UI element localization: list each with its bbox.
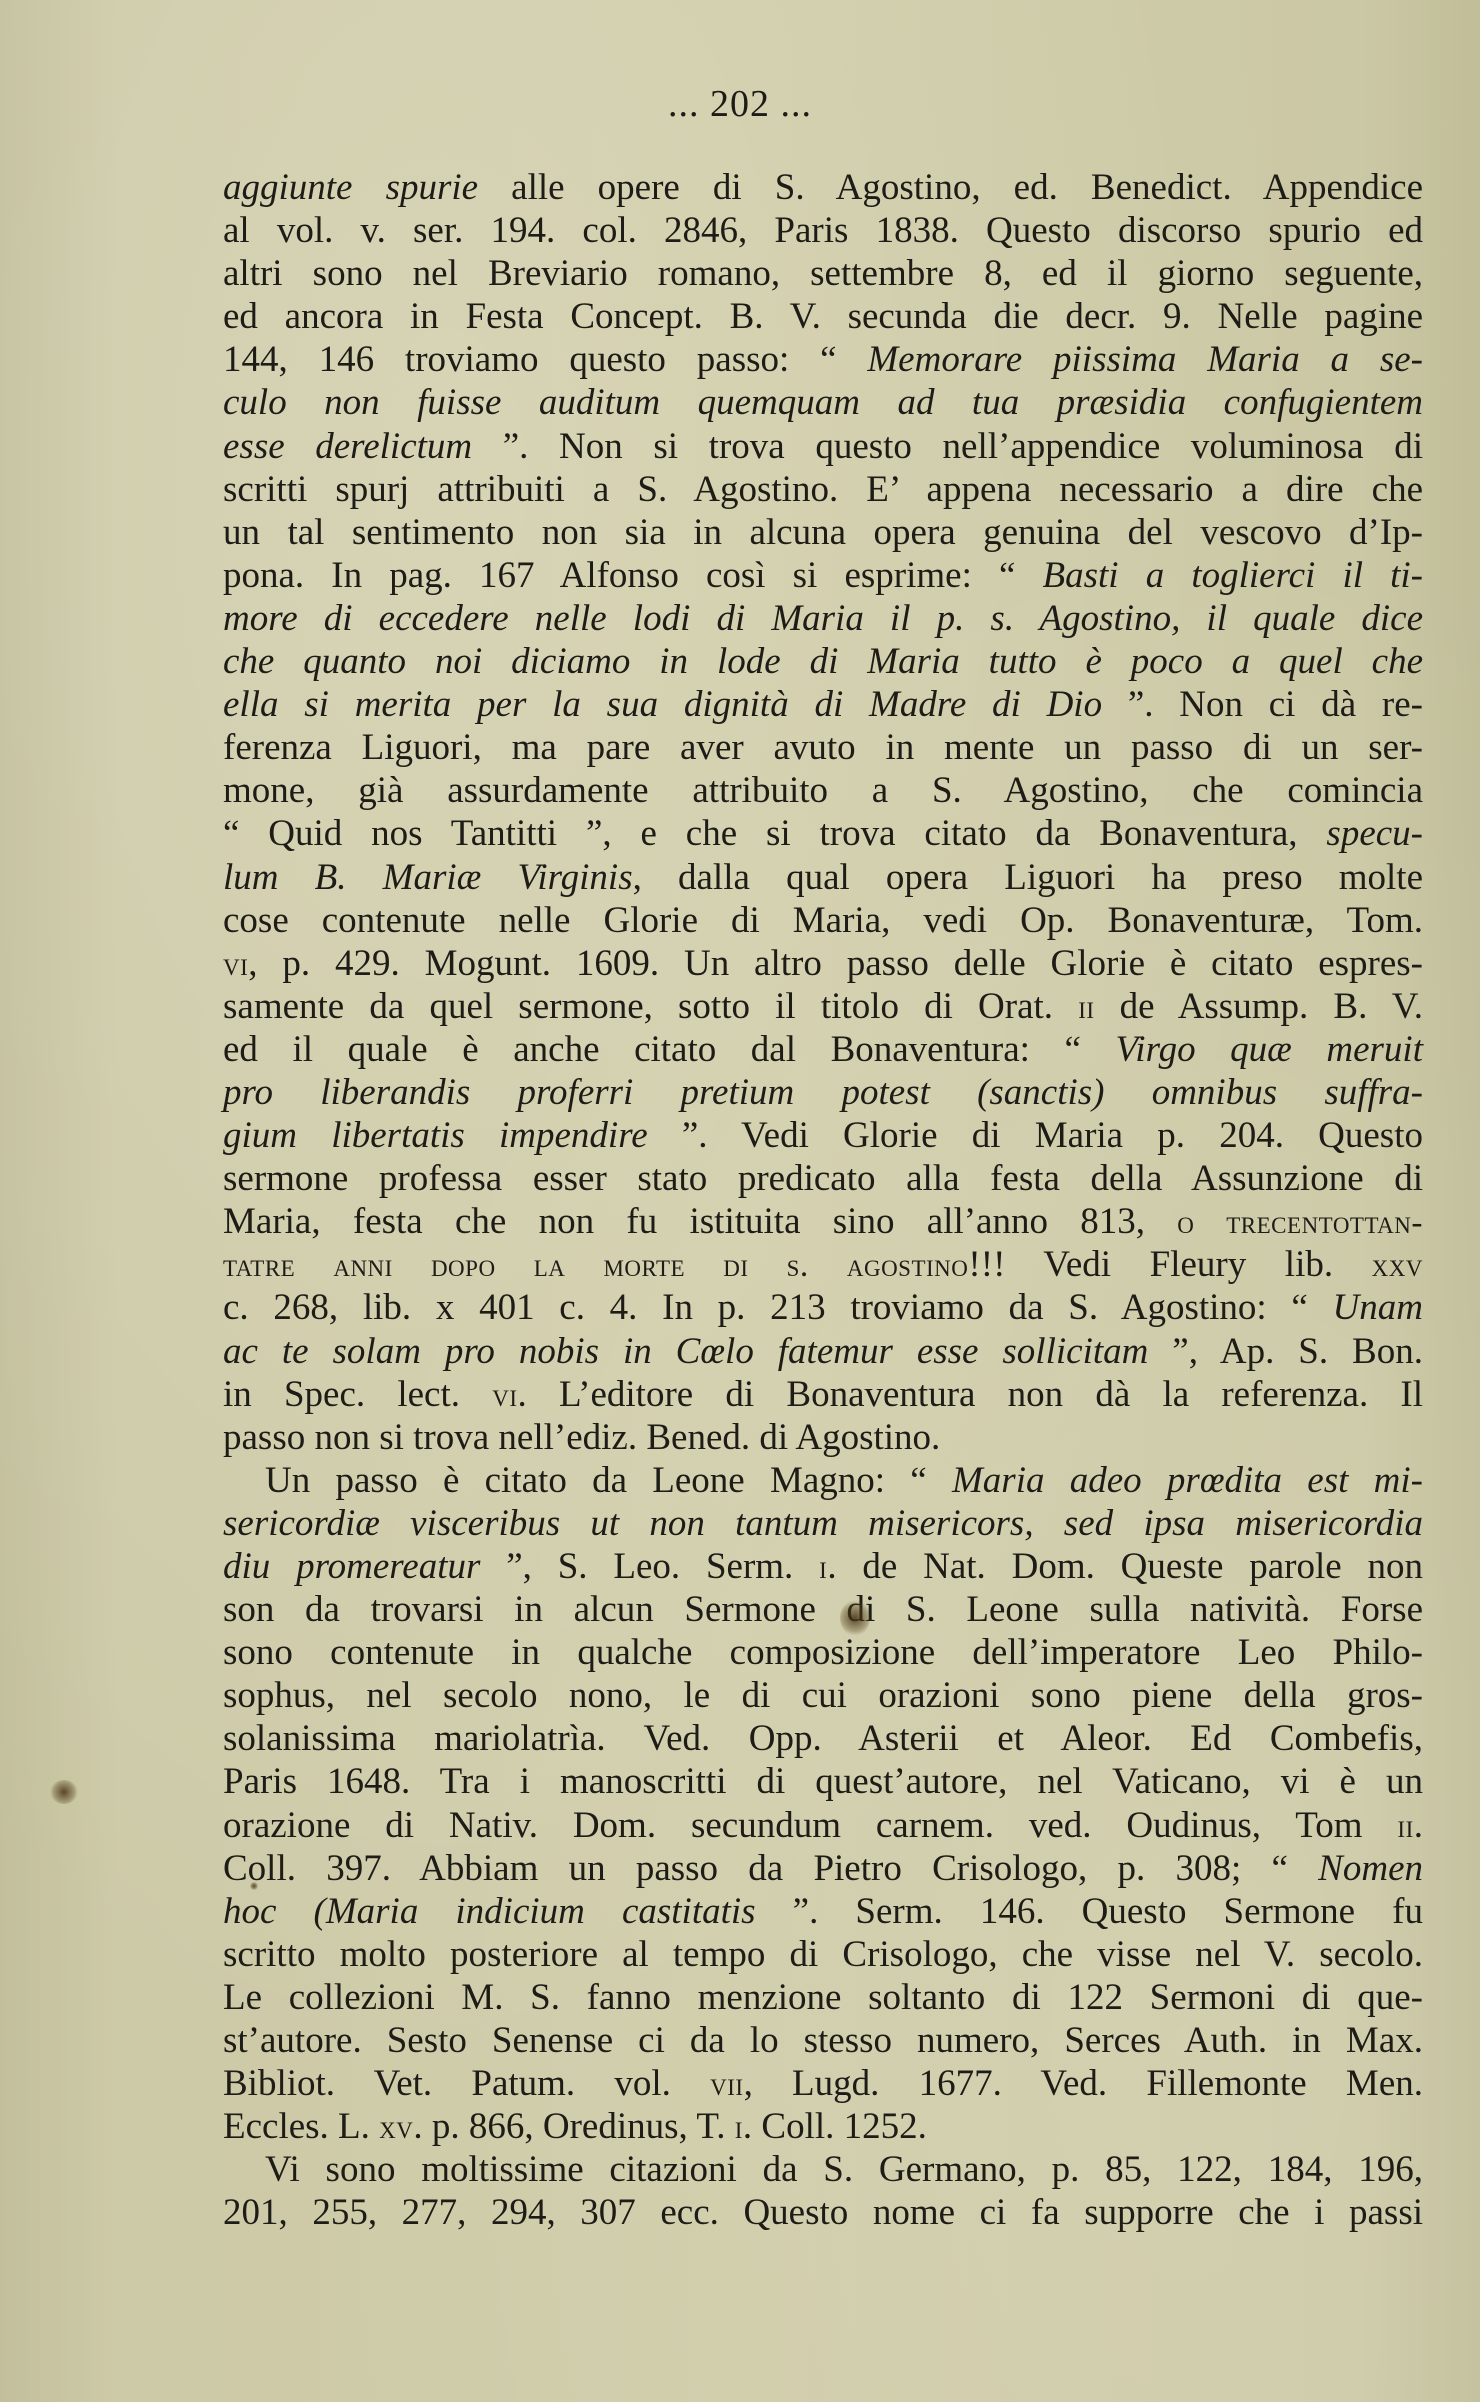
- italic-quote: Nomen: [1318, 1848, 1423, 1889]
- small-caps-text: i: [735, 2109, 743, 2146]
- text-line: sono contenute in qualche composizione d…: [223, 1631, 1423, 1674]
- small-caps-text: ii: [1397, 1808, 1413, 1845]
- text-line: aggiunte spurie alle opere di S. Agostin…: [223, 166, 1423, 209]
- text-line: che quanto noi diciamo in lode di Maria …: [223, 640, 1423, 683]
- text-line: more di eccedere nelle lodi di Maria il …: [223, 597, 1423, 640]
- small-caps-text: ii: [1078, 989, 1094, 1026]
- text-segment: “ Quid nos Tantitti ”, e che si trova ci…: [223, 813, 1326, 854]
- text-segment: ferenza Liguori, ma pare aver avuto in m…: [223, 727, 1423, 768]
- text-line: cose contenute nelle Glorie di Maria, ve…: [223, 899, 1423, 942]
- text-line: Le collezioni M. S. fanno menzione solta…: [223, 1976, 1423, 2019]
- italic-quote: esse derelictum: [223, 426, 472, 467]
- text-line: Eccles. L. xv. p. 866, Oredinus, T. i. C…: [223, 2105, 1423, 2148]
- italic-quote: sericordiæ visceribus ut non tantum mise…: [223, 1503, 1423, 1544]
- text-line: tatre anni dopo la morte di s. agostino!…: [223, 1243, 1423, 1286]
- text-segment: . L’editore di Bonaventura non dà la ref…: [518, 1374, 1424, 1415]
- text-segment: Bibliot. Vet. Patum. vol.: [223, 2063, 710, 2104]
- text-line: scritto molto posteriore al tempo di Cri…: [223, 1933, 1423, 1976]
- text-line: hoc (Maria indicium castitatis ”. Serm. …: [223, 1890, 1423, 1933]
- small-caps-text: vi: [223, 946, 248, 983]
- text-line: culo non fuisse auditum quemquam ad tua …: [223, 381, 1423, 424]
- text-segment: . Coll. 1252.: [743, 2106, 927, 2147]
- text-line: esse derelictum ”. Non si trova questo n…: [223, 425, 1423, 468]
- text-line: Maria, festa che non fu istituita sino a…: [223, 1200, 1423, 1243]
- text-line: Bibliot. Vet. Patum. vol. vii, Lugd. 167…: [223, 2062, 1423, 2105]
- italic-quote: more di eccedere nelle lodi di Maria il …: [223, 598, 1423, 639]
- text-segment: ed il quale è anche citato dal Bonaventu…: [223, 1029, 1115, 1070]
- text-segment: cose contenute nelle Glorie di Maria, ve…: [223, 900, 1423, 941]
- text-segment: sermone professa esser stato predicato a…: [223, 1158, 1423, 1199]
- italic-quote: lum B. Mariæ Virginis: [223, 857, 633, 898]
- text-line: pro liberandis proferri pretium potest (…: [223, 1071, 1423, 1114]
- italic-quote: gium libertatis impendire: [223, 1115, 648, 1156]
- text-segment: ”, S. Leo. Serm.: [480, 1546, 819, 1587]
- text-line: ferenza Liguori, ma pare aver avuto in m…: [223, 726, 1423, 769]
- italic-quote: specu-: [1326, 813, 1423, 854]
- text-line: lum B. Mariæ Virginis, dalla qual opera …: [223, 856, 1423, 899]
- text-segment: . p. 866, Oredinus, T.: [413, 2106, 734, 2147]
- text-line: Coll. 397. Abbiam un passo da Pietro Cri…: [223, 1847, 1423, 1890]
- text-line: st’autore. Sesto Senense ci da lo stesso…: [223, 2019, 1423, 2062]
- italic-quote: ella si merita per la sua dignità di Mad…: [223, 684, 1102, 725]
- text-segment: Maria, festa che non fu istituita sino a…: [223, 1201, 1177, 1242]
- text-line: al vol. v. ser. 194. col. 2846, Paris 18…: [223, 209, 1423, 252]
- text-segment: sophus, nel secolo nono, le di cui orazi…: [223, 1675, 1423, 1716]
- text-line: ac te solam pro nobis in Cœlo fatemur es…: [223, 1330, 1423, 1373]
- text-segment: 144, 146 troviamo questo passo: “: [223, 339, 867, 380]
- page-header: ... 202 ...: [0, 82, 1480, 126]
- text-line: passo non si trova nell’ediz. Bened. di …: [223, 1416, 1423, 1459]
- text-line: ed ancora in Festa Concept. B. V. secund…: [223, 295, 1423, 338]
- text-segment: un tal sentimento non sia in alcuna oper…: [223, 512, 1423, 553]
- text-segment: pona. In pag. 167 Alfonso così si esprim…: [223, 555, 1043, 596]
- text-segment: mone, già assurdamente attribuito a S. A…: [223, 770, 1423, 811]
- text-segment: de Assump. B. V.: [1095, 986, 1423, 1027]
- text-line: un tal sentimento non sia in alcuna oper…: [223, 511, 1423, 554]
- text-segment: Vi sono moltissime citazioni da S. Germa…: [265, 2149, 1423, 2190]
- book-page: ... 202 ... aggiunte spurie alle opere d…: [0, 0, 1480, 2402]
- text-segment: solanissima mariolatrìa. Ved. Opp. Aster…: [223, 1718, 1423, 1759]
- small-caps-text: xxv: [1372, 1247, 1423, 1284]
- text-segment: st’autore. Sesto Senense ci da lo stesso…: [223, 2020, 1423, 2061]
- text-segment: ”, Ap. S. Bon.: [1148, 1331, 1423, 1372]
- text-line: ella si merita per la sua dignità di Mad…: [223, 683, 1423, 726]
- text-line: sericordiæ visceribus ut non tantum mise…: [223, 1502, 1423, 1545]
- italic-quote: Maria adeo prœdita est mi-: [952, 1460, 1423, 1501]
- text-segment: !!! Vedi Fleury lib.: [968, 1244, 1371, 1285]
- text-line: solanissima mariolatrìa. Ved. Opp. Aster…: [223, 1717, 1423, 1760]
- italic-quote: Memorare piissima Maria a se-: [867, 339, 1423, 380]
- text-line: mone, già assurdamente attribuito a S. A…: [223, 769, 1423, 812]
- italic-quote: culo non fuisse auditum quemquam ad tua …: [223, 382, 1423, 423]
- text-line: 201, 255, 277, 294, 307 ecc. Questo nome…: [223, 2191, 1423, 2234]
- italic-quote: aggiunte spurie: [223, 167, 478, 208]
- text-segment: al vol. v. ser. 194. col. 2846, Paris 18…: [223, 210, 1423, 251]
- text-line: son da trovarsi in alcun Sermone di S. L…: [223, 1588, 1423, 1631]
- text-segment: .: [1414, 1805, 1423, 1846]
- text-segment: . de Nat. Dom. Queste parole non: [827, 1546, 1423, 1587]
- italic-quote: ac te solam pro nobis in Cœlo fatemur es…: [223, 1331, 1148, 1372]
- text-segment: , dalla qual opera Liguori ha preso molt…: [633, 857, 1423, 898]
- italic-quote: hoc (Maria indicium castitatis: [223, 1891, 756, 1932]
- text-line: c. 268, lib. x 401 c. 4. In p. 213 trovi…: [223, 1286, 1423, 1329]
- text-line: Paris 1648. Tra i manoscritti di quest’a…: [223, 1760, 1423, 1803]
- text-segment: ed ancora in Festa Concept. B. V. secund…: [223, 296, 1423, 337]
- text-segment: Un passo è citato da Leone Magno: “: [265, 1460, 952, 1501]
- text-line: Un passo è citato da Leone Magno: “ Mari…: [223, 1459, 1423, 1502]
- text-segment: Paris 1648. Tra i manoscritti di quest’a…: [223, 1761, 1423, 1802]
- text-line: in Spec. lect. vi. L’editore di Bonavent…: [223, 1373, 1423, 1416]
- text-line: samente da quel sermone, sotto il titolo…: [223, 985, 1423, 1028]
- text-segment: Eccles. L.: [223, 2106, 379, 2147]
- text-line: 144, 146 troviamo questo passo: “ Memora…: [223, 338, 1423, 381]
- text-line: diu promereatur ”, S. Leo. Serm. i. de N…: [223, 1545, 1423, 1588]
- text-segment: ”. Non si trova questo nell’appendice vo…: [472, 426, 1423, 467]
- small-caps-text: vi: [492, 1377, 517, 1414]
- text-segment: scritto molto posteriore al tempo di Cri…: [223, 1934, 1423, 1975]
- text-line: pona. In pag. 167 Alfonso così si esprim…: [223, 554, 1423, 597]
- text-line: Vi sono moltissime citazioni da S. Germa…: [223, 2148, 1423, 2191]
- italic-quote: pro liberandis proferri pretium potest (…: [223, 1072, 1423, 1113]
- text-segment: altri sono nel Breviario romano, settemb…: [223, 253, 1423, 294]
- text-line: gium libertatis impendire ”. Vedi Glorie…: [223, 1114, 1423, 1157]
- text-line: sermone professa esser stato predicato a…: [223, 1157, 1423, 1200]
- text-line: sophus, nel secolo nono, le di cui orazi…: [223, 1674, 1423, 1717]
- text-segment: scritti spurj attribuiti a S. Agostino. …: [223, 469, 1423, 510]
- text-segment: ”. Vedi Glorie di Maria p. 204. Questo: [648, 1115, 1423, 1156]
- small-caps-text: xv: [379, 2109, 413, 2146]
- ink-stain-spot: [840, 1600, 870, 1636]
- text-segment: passo non si trova nell’ediz. Bened. di …: [223, 1417, 940, 1458]
- text-line: orazione di Nativ. Dom. secundum carnem.…: [223, 1804, 1423, 1847]
- ink-stain-spot: [50, 1780, 78, 1804]
- text-segment: 201, 255, 277, 294, 307 ecc. Questo nome…: [223, 2192, 1423, 2233]
- italic-quote: Unam: [1333, 1287, 1423, 1328]
- italic-quote: Basti a toglierci il ti-: [1043, 555, 1423, 596]
- text-line: “ Quid nos Tantitti ”, e che si trova ci…: [223, 812, 1423, 855]
- text-line: altri sono nel Breviario romano, settemb…: [223, 252, 1423, 295]
- ink-stain-spot: [250, 1882, 258, 1890]
- italic-quote: che quanto noi diciamo in lode di Maria …: [223, 641, 1423, 682]
- small-caps-text: vii: [710, 2066, 743, 2103]
- text-line: ed il quale è anche citato dal Bonaventu…: [223, 1028, 1423, 1071]
- text-segment: , Lugd. 1677. Ved. Fillemonte Men.: [744, 2063, 1423, 2104]
- italic-quote: diu promereatur: [223, 1546, 480, 1587]
- text-line: vi, p. 429. Mogunt. 1609. Un altro passo…: [223, 942, 1423, 985]
- text-segment: orazione di Nativ. Dom. secundum carnem.…: [223, 1805, 1397, 1846]
- text-segment: , p. 429. Mogunt. 1609. Un altro passo d…: [248, 943, 1423, 984]
- text-segment: ”. Serm. 146. Questo Sermone fu: [756, 1891, 1423, 1932]
- text-line: scritti spurj attribuiti a S. Agostino. …: [223, 468, 1423, 511]
- small-caps-text: tatre anni dopo la morte di s. agostino: [223, 1247, 968, 1284]
- text-segment: son da trovarsi in alcun Sermone di S. L…: [223, 1589, 1423, 1630]
- small-caps-text: o trecentottan-: [1177, 1204, 1423, 1241]
- text-segment: sono contenute in qualche composizione d…: [223, 1632, 1423, 1673]
- text-segment: Le collezioni M. S. fanno menzione solta…: [223, 1977, 1423, 2018]
- text-segment: alle opere di S. Agostino, ed. Benedict.…: [478, 167, 1423, 208]
- text-segment: in Spec. lect.: [223, 1374, 492, 1415]
- body-text: aggiunte spurie alle opere di S. Agostin…: [223, 166, 1423, 2235]
- text-segment: samente da quel sermone, sotto il titolo…: [223, 986, 1078, 1027]
- italic-quote: Virgo quæ meruit: [1115, 1029, 1423, 1070]
- text-segment: c. 268, lib. x 401 c. 4. In p. 213 trovi…: [223, 1287, 1333, 1328]
- text-segment: Coll. 397. Abbiam un passo da Pietro Cri…: [223, 1848, 1318, 1889]
- text-segment: ”. Non ci dà re-: [1102, 684, 1423, 725]
